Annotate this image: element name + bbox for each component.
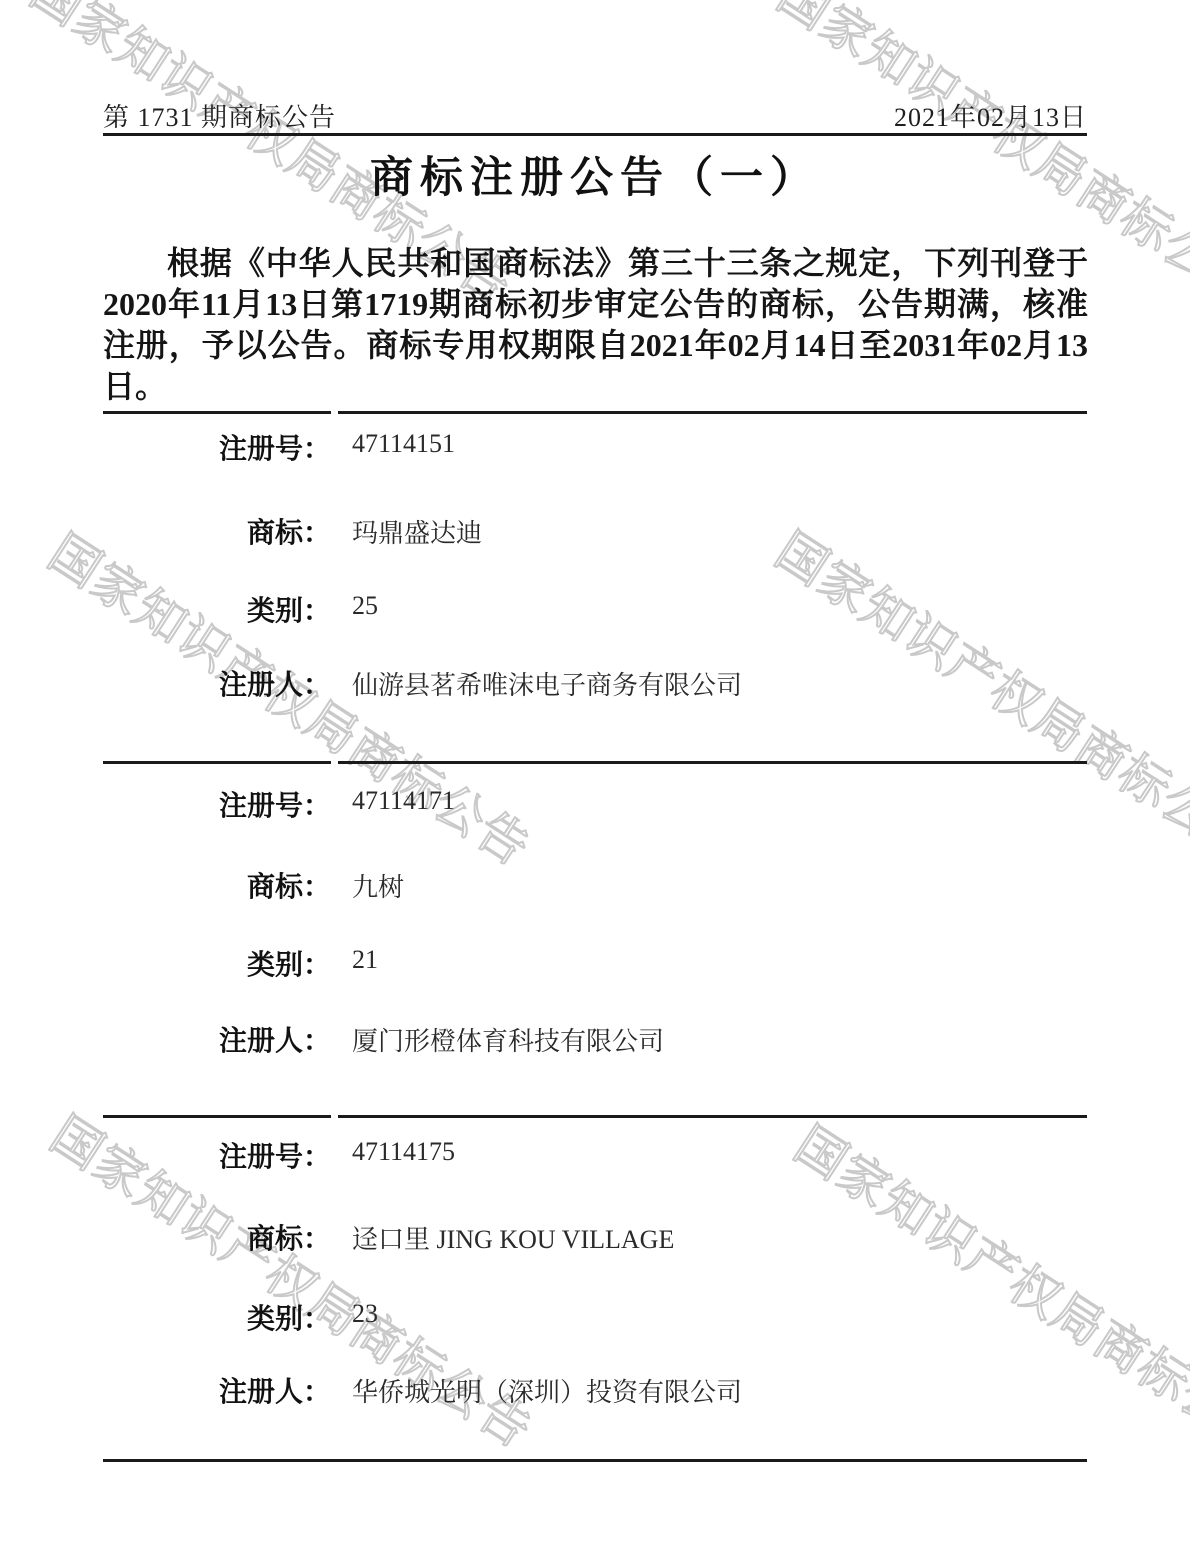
category-label: 类别：: [103, 943, 331, 983]
gazette-page: 国家知识产权局商标公告 国家知识产权局商标公告 国家知识产权局商标公告 国家知识…: [0, 0, 1190, 1564]
registrant-label: 注册人：: [103, 1019, 331, 1059]
registrant-value: 华侨城光明（深圳）投资有限公司: [352, 1372, 742, 1409]
entry2-rule-right: [338, 761, 1087, 764]
registrant-value: 厦门形橙体育科技有限公司: [352, 1021, 664, 1058]
registrant-value: 仙游县茗希唯沫电子商务有限公司: [352, 665, 742, 702]
header-issue-number: 第 1731 期商标公告: [103, 97, 336, 134]
reg-no-label: 注册号：: [103, 427, 331, 467]
reg-no-label: 注册号：: [103, 784, 331, 824]
trademark-label: 商标：: [103, 1217, 331, 1257]
page-title: 商标注册公告（一）: [103, 144, 1087, 205]
category-label: 类别：: [103, 1297, 331, 1337]
category-value: 23: [352, 1299, 378, 1329]
category-value: 21: [352, 945, 378, 975]
trademark-value: 九树: [352, 867, 404, 904]
entry1-rule-right: [338, 411, 1087, 414]
entry3-rule-right: [338, 1115, 1087, 1118]
header-rule: [103, 133, 1087, 136]
category-value: 25: [352, 591, 378, 621]
reg-no-label: 注册号：: [103, 1135, 331, 1175]
reg-no-value: 47114171: [352, 786, 455, 816]
category-label: 类别：: [103, 589, 331, 629]
entry1-rule-left: [103, 411, 331, 414]
entry2-rule-left: [103, 761, 331, 764]
registrant-label: 注册人：: [103, 663, 331, 703]
header-date: 2021年02月13日: [894, 97, 1087, 134]
intro-paragraph: 根据《中华人民共和国商标法》第三十三条之规定，下列刊登于2020年11月13日第…: [103, 243, 1088, 407]
trademark-value: 玛鼎盛达迪: [352, 513, 482, 550]
trademark-label: 商标：: [103, 865, 331, 905]
trademark-value: 迳口里 JING KOU VILLAGE: [352, 1219, 674, 1256]
content-layer: 第 1731 期商标公告 2021年02月13日 商标注册公告（一） 根据《中华…: [0, 0, 1190, 1564]
registrant-label: 注册人：: [103, 1370, 331, 1410]
reg-no-value: 47114175: [352, 1137, 455, 1167]
reg-no-value: 47114151: [352, 429, 455, 459]
footer-rule: [103, 1459, 1087, 1462]
entry3-rule-left: [103, 1115, 331, 1118]
trademark-label: 商标：: [103, 511, 331, 551]
